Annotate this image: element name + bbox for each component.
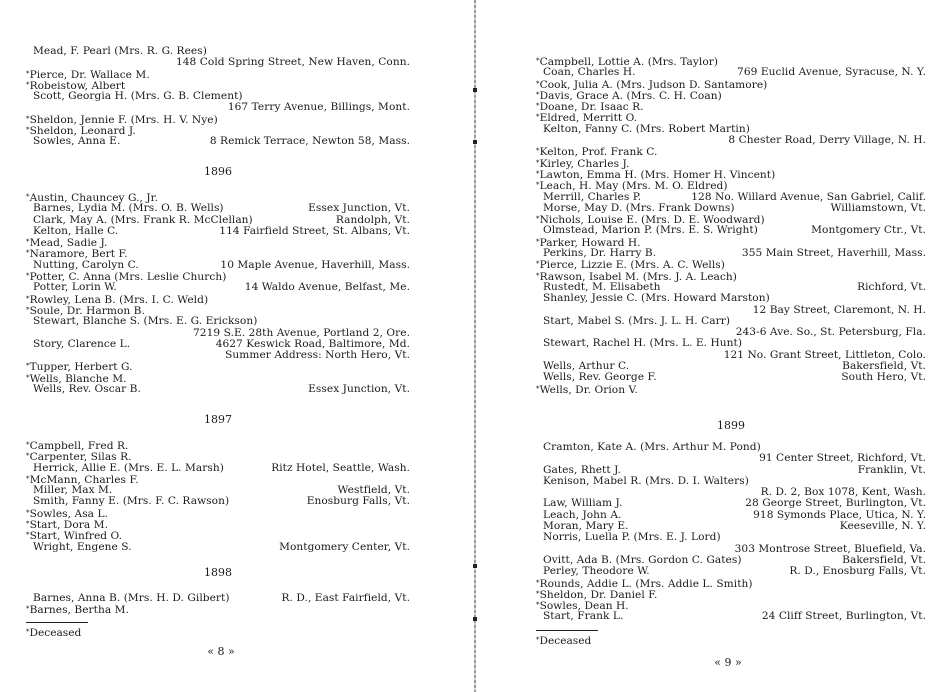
directory-entry: Potter, Lorin W.14 Waldo Avenue, Belfast…: [26, 282, 410, 293]
directory-entry: Morse, May D. (Mrs. Frank Downs)Williams…: [536, 203, 926, 214]
entries-continued: Mead, F. Pearl (Mrs. R. G. Rees)148 Cold…: [26, 46, 410, 148]
entry-address: 148 Cold Spring Street, New Haven, Conn.: [176, 57, 410, 68]
entry-name-text: Rowley, Lena B. (Mrs. I. C. Weld): [30, 294, 209, 306]
entry-name-text: Gates, Rhett J.: [543, 464, 621, 476]
entry-name: Kenison, Mabel R. (Mrs. D. I. Walters): [543, 476, 749, 487]
entry-address: Essex Junction, Vt.: [308, 384, 410, 395]
entry-address: Richford, Vt.: [857, 282, 926, 293]
entry-name: Start, Frank L.: [543, 611, 623, 622]
class-year-heading: 1898: [26, 567, 410, 579]
entry-name-text: Kenison, Mabel R. (Mrs. D. I. Walters): [543, 475, 749, 487]
entry-name: Sowles, Anna E.: [33, 136, 120, 147]
entry-name: Potter, Lorin W.: [33, 282, 117, 293]
entry-name: Coan, Charles H.: [543, 67, 636, 78]
entry-name-text: Pierce, Lizzie E. (Mrs. A. C. Wells): [540, 259, 725, 271]
entry-name: Smith, Fanny E. (Mrs. F. C. Rawson): [33, 496, 229, 507]
directory-entry: *Barnes, Bertha M.: [26, 604, 410, 615]
binding-mark: [473, 564, 477, 568]
entry-name: Perley, Theodore W.: [543, 566, 650, 577]
section-1896-entries: *Austin, Chauncey G., Jr.Barnes, Lydia M…: [26, 192, 410, 395]
directory-entry: Wells, Rev. George F.South Hero, Vt.: [536, 372, 926, 383]
entry-name: Kelton, Fanny C. (Mrs. Robert Martin): [543, 124, 750, 135]
binding-mark: [473, 140, 477, 144]
entry-address: Montgomery Center, Vt.: [279, 542, 410, 553]
directory-entry: Wells, Rev. Oscar B.Essex Junction, Vt.: [26, 384, 410, 395]
directory-entry: Summer Address: North Hero, Vt.: [26, 350, 410, 361]
class-year-heading: 1897: [26, 414, 410, 426]
section-1898: 1898 Barnes, Anna B. (Mrs. H. D. Gilbert…: [26, 567, 410, 640]
entry-name-text: Scott, Georgia H. (Mrs. G. B. Clement): [33, 90, 243, 102]
entry-name-text: Lawton, Emma H. (Mrs. Homer H. Vincent): [540, 169, 776, 181]
entry-name-text: Nutting, Carolyn C.: [33, 259, 139, 271]
entry-name-text: Barnes, Anna B. (Mrs. H. D. Gilbert): [33, 592, 230, 604]
entry-name: Scott, Georgia H. (Mrs. G. B. Clement): [33, 91, 243, 102]
entry-name-text: Story, Clarence L.: [33, 338, 130, 350]
directory-entry: *Start, Dora M.: [26, 519, 410, 530]
entry-name-text: Perkins, Dr. Harry B.: [543, 247, 656, 259]
entry-name-text: Law, William J.: [543, 497, 622, 509]
entry-name-text: Ovitt, Ada B. (Mrs. Gordon C. Gates): [543, 554, 742, 566]
entry-name: Wells, Rev. George F.: [543, 372, 657, 383]
entry-name-text: Coan, Charles H.: [543, 66, 636, 78]
directory-entry: *Tupper, Herbert G.: [26, 361, 410, 372]
directory-entry: Kelton, Halle C.114 Fairfield Street, St…: [26, 226, 410, 237]
entry-name-text: Potter, Lorin W.: [33, 281, 117, 293]
entry-name-text: Doane, Dr. Isaac R.: [540, 101, 644, 113]
directory-entry: Smith, Fanny E. (Mrs. F. C. Rawson)Enosb…: [26, 496, 410, 507]
entry-name-text: Kelton, Prof. Frank C.: [540, 146, 658, 158]
directory-entry: *Pierce, Dr. Wallace M.: [26, 69, 410, 80]
footnote: *Deceased: [536, 633, 926, 648]
directory-entry: Coan, Charles H.769 Euclid Avenue, Syrac…: [536, 67, 926, 78]
directory-entry: 167 Terry Avenue, Billings, Mont.: [26, 102, 410, 113]
footnote-rule: [536, 630, 598, 631]
entry-address: South Hero, Vt.: [841, 372, 926, 383]
entry-address: 24 Cliff Street, Burlington, Vt.: [762, 611, 926, 622]
entry-name-text: Sowles, Asa L.: [30, 508, 108, 520]
binding-mark: [473, 88, 477, 92]
entry-name-text: Rustedt, M. Elisabeth: [543, 281, 661, 293]
section-1898-entries: Barnes, Anna B. (Mrs. H. D. Gilbert)R. D…: [26, 593, 410, 616]
directory-entry: *Mead, Sadie J.: [26, 237, 410, 248]
directory-entry: 148 Cold Spring Street, New Haven, Conn.: [26, 57, 410, 68]
section-1899: 1899 Cramton, Kate A. (Mrs. Arthur M. Po…: [536, 420, 926, 648]
class-year-heading: 1896: [26, 166, 410, 178]
entry-name-text: Herrick, Allie E. (Mrs. E. L. Marsh): [33, 462, 224, 474]
section-1897: 1897 *Campbell, Fred R.*Carpenter, Silas…: [26, 414, 410, 553]
entry-name: Start, Mabel S. (Mrs. J. L. H. Carr): [543, 316, 730, 327]
directory-entry: *Wells, Dr. Orion V.: [536, 384, 926, 395]
section-1899-entries: Cramton, Kate A. (Mrs. Arthur M. Pond)91…: [536, 442, 926, 623]
directory-entry: Herrick, Allie E. (Mrs. E. L. Marsh)Ritz…: [26, 463, 410, 474]
entry-name-text: Stewart, Blanche S. (Mrs. E. G. Erickson…: [33, 315, 257, 327]
entry-address: Ritz Hotel, Seattle, Wash.: [271, 463, 410, 474]
entry-address: 769 Euclid Avenue, Syracuse, N. Y.: [737, 67, 926, 78]
page-9: *Campbell, Lottie A. (Mrs. Taylor)Coan, …: [536, 0, 926, 692]
entry-address: Williamstown, Vt.: [831, 203, 926, 214]
entry-address: 8 Remick Terrace, Newton 58, Mass.: [210, 136, 410, 147]
entry-address: Franklin, Vt.: [858, 465, 926, 476]
entry-name-text: Clark, May A. (Mrs. Frank R. McClellan): [33, 214, 253, 226]
page-8: Mead, F. Pearl (Mrs. R. G. Rees)148 Cold…: [26, 0, 410, 692]
entry-name: Story, Clarence L.: [33, 339, 130, 350]
directory-entry: *Rowley, Lena B. (Mrs. I. C. Weld): [26, 294, 410, 305]
footnote: *Deceased: [26, 625, 410, 640]
entry-name: Perkins, Dr. Harry B.: [543, 248, 656, 259]
entry-name-text: Miller, Max M.: [33, 484, 112, 496]
entry-name: *Barnes, Bertha M.: [26, 604, 129, 616]
entry-name-text: Wells, Arthur C.: [543, 360, 629, 372]
entry-name-text: Sheldon, Dr. Daniel F.: [540, 589, 658, 601]
directory-entry: Nutting, Carolyn C.10 Maple Avenue, Have…: [26, 260, 410, 271]
entry-address: 14 Waldo Avenue, Belfast, Me.: [245, 282, 410, 293]
footnote-rule: [26, 622, 88, 623]
class-year-heading: 1899: [536, 420, 926, 432]
directory-entry: *Lawton, Emma H. (Mrs. Homer H. Vincent): [536, 169, 926, 180]
entry-name-text: Wells, Rev. George F.: [543, 371, 657, 383]
entry-name-text: Start, Mabel S. (Mrs. J. L. H. Carr): [543, 315, 730, 327]
directory-entry: *Rounds, Addie L. (Mrs. Addie L. Smith): [536, 578, 926, 589]
directory-entry: Olmstead, Marion P. (Mrs. E. S. Wright)M…: [536, 225, 926, 236]
binding-mark: [473, 617, 477, 621]
entry-name-text: Kelton, Halle C.: [33, 225, 118, 237]
footnote-text: Deceased: [30, 627, 82, 639]
entry-address: 10 Maple Avenue, Haverhill, Mass.: [220, 260, 410, 271]
entry-name: Norris, Luella P. (Mrs. E. J. Lord): [543, 532, 721, 543]
entry-name: Stewart, Rachel H. (Mrs. L. E. Hunt): [543, 338, 742, 349]
entry-name: Olmstead, Marion P. (Mrs. E. S. Wright): [543, 225, 758, 236]
entry-name-text: Mead, Sadie J.: [30, 237, 108, 249]
entry-address: 91 Center Street, Richford, Vt.: [759, 453, 926, 464]
entry-address: Keeseville, N. Y.: [840, 521, 926, 532]
section-1896: 1896 *Austin, Chauncey G., Jr.Barnes, Ly…: [26, 166, 410, 395]
entry-name-text: Rounds, Addie L. (Mrs. Addie L. Smith): [540, 578, 753, 590]
entry-address: R. D., Enosburg Falls, Vt.: [789, 566, 926, 577]
entry-name-text: Wells, Rev. Oscar B.: [33, 383, 141, 395]
entry-name-text: Campbell, Fred R.: [30, 440, 129, 452]
entry-name: Barnes, Anna B. (Mrs. H. D. Gilbert): [33, 593, 230, 604]
book-spread: Mead, F. Pearl (Mrs. R. G. Rees)148 Cold…: [0, 0, 945, 692]
directory-entry: *Sheldon, Jennie F. (Mrs. H. V. Nye): [26, 114, 410, 125]
entry-address: 243-6 Ave. So., St. Petersburg, Fla.: [736, 327, 926, 338]
entry-name-text: Merrill, Charles P.: [543, 191, 641, 203]
entry-name-text: Start, Frank L.: [543, 610, 623, 622]
entry-name: Nutting, Carolyn C.: [33, 260, 139, 271]
entry-name-text: Wells, Dr. Orion V.: [540, 384, 638, 396]
entry-address: 8 Chester Road, Derry Village, N. H.: [728, 135, 926, 146]
directory-entry: Perley, Theodore W.R. D., Enosburg Falls…: [536, 566, 926, 577]
entry-name: *Wells, Dr. Orion V.: [536, 384, 638, 396]
entry-address: Enosburg Falls, Vt.: [307, 496, 410, 507]
entry-address: 355 Main Street, Haverhill, Mass.: [742, 248, 926, 259]
directory-entry: *Kelton, Prof. Frank C.: [536, 146, 926, 157]
entry-name-text: Moran, Mary E.: [543, 520, 629, 532]
entry-name-text: Shanley, Jessie C. (Mrs. Howard Marston): [543, 292, 770, 304]
entry-name-text: Kirley, Charles J.: [540, 158, 630, 170]
entry-name-text: Norris, Luella P. (Mrs. E. J. Lord): [543, 531, 721, 543]
entry-name-text: Mead, F. Pearl (Mrs. R. G. Rees): [33, 45, 207, 57]
entry-name: Wright, Engene S.: [33, 542, 132, 553]
entry-name-text: Wright, Engene S.: [33, 541, 132, 553]
entry-name-text: Barnes, Bertha M.: [30, 604, 129, 616]
directory-entry: *Sheldon, Dr. Daniel F.: [536, 589, 926, 600]
entry-name-text: Olmstead, Marion P. (Mrs. E. S. Wright): [543, 224, 758, 236]
entry-address: 167 Terry Avenue, Billings, Mont.: [228, 102, 410, 113]
directory-entry: *Cook, Julia A. (Mrs. Judson D. Santamor…: [536, 79, 926, 90]
directory-entry: Norris, Luella P. (Mrs. E. J. Lord): [536, 532, 926, 543]
entry-name: Stewart, Blanche S. (Mrs. E. G. Erickson…: [33, 316, 257, 327]
directory-entry: *Pierce, Lizzie E. (Mrs. A. C. Wells): [536, 259, 926, 270]
entry-name-text: Kelton, Fanny C. (Mrs. Robert Martin): [543, 123, 750, 135]
directory-entry: *Kirley, Charles J.: [536, 158, 926, 169]
footnote-text: Deceased: [540, 635, 592, 647]
directory-entry: Sowles, Anna E.8 Remick Terrace, Newton …: [26, 136, 410, 147]
entry-address: Summer Address: North Hero, Vt.: [225, 350, 410, 361]
entry-name-text: Davis, Grace A. (Mrs. C. H. Coan): [540, 90, 722, 102]
directory-entry: Wright, Engene S.Montgomery Center, Vt.: [26, 542, 410, 553]
entry-name-text: Sheldon, Jennie F. (Mrs. H. V. Nye): [30, 114, 218, 126]
directory-entry: Stewart, Blanche S. (Mrs. E. G. Erickson…: [26, 316, 410, 327]
directory-entry: *Doane, Dr. Isaac R.: [536, 101, 926, 112]
directory-entry: *Campbell, Fred R.: [26, 440, 410, 451]
center-fold-divider: [474, 0, 476, 692]
page-number: « 8 »: [191, 645, 251, 658]
entry-address: 114 Fairfield Street, St. Albans, Vt.: [219, 226, 410, 237]
directory-entry: Start, Frank L.24 Cliff Street, Burlingt…: [536, 611, 926, 622]
entry-address: Essex Junction, Vt.: [308, 203, 410, 214]
directory-entry: *Davis, Grace A. (Mrs. C. H. Coan): [536, 90, 926, 101]
entry-name: Morse, May D. (Mrs. Frank Downs): [543, 203, 735, 214]
entry-name-text: Perley, Theodore W.: [543, 565, 650, 577]
directory-entry: 8 Chester Road, Derry Village, N. H.: [536, 135, 926, 146]
entry-name-text: Cook, Julia A. (Mrs. Judson D. Santamore…: [540, 79, 768, 91]
entry-name-text: Morse, May D. (Mrs. Frank Downs): [543, 202, 735, 214]
entry-address: R. D., East Fairfield, Vt.: [282, 593, 411, 604]
directory-entry: Barnes, Anna B. (Mrs. H. D. Gilbert)R. D…: [26, 593, 410, 604]
entry-name: Shanley, Jessie C. (Mrs. Howard Marston): [543, 293, 770, 304]
directory-entry: Perkins, Dr. Harry B.355 Main Street, Ha…: [536, 248, 926, 259]
entry-name-text: Leach, John A.: [543, 509, 621, 521]
entry-name-text: Tupper, Herbert G.: [30, 361, 133, 373]
entry-name-text: Stewart, Rachel H. (Mrs. L. E. Hunt): [543, 337, 742, 349]
entry-name: Wells, Rev. Oscar B.: [33, 384, 141, 395]
entry-name-text: Barnes, Lydia M. (Mrs. O. B. Wells): [33, 202, 224, 214]
section-1897-entries: *Campbell, Fred R.*Carpenter, Silas R.He…: [26, 440, 410, 553]
entry-address: 12 Bay Street, Claremont, N. H.: [753, 305, 926, 316]
page-number: « 9 »: [698, 656, 758, 669]
entry-name-text: Start, Dora M.: [30, 519, 108, 531]
entry-name-text: Smith, Fanny E. (Mrs. F. C. Rawson): [33, 495, 229, 507]
entry-name: Kelton, Halle C.: [33, 226, 118, 237]
entry-address: Montgomery Ctr., Vt.: [811, 225, 926, 236]
entry-name: Cramton, Kate A. (Mrs. Arthur M. Pond): [543, 442, 761, 453]
directory-entry: *Sowles, Asa L.: [26, 508, 410, 519]
entries-continued: *Campbell, Lottie A. (Mrs. Taylor)Coan, …: [536, 56, 926, 395]
entry-name-text: Sowles, Anna E.: [33, 135, 120, 147]
entry-name: Herrick, Allie E. (Mrs. E. L. Marsh): [33, 463, 224, 474]
entry-name-text: Pierce, Dr. Wallace M.: [30, 69, 150, 81]
entry-name-text: Cramton, Kate A. (Mrs. Arthur M. Pond): [543, 441, 761, 453]
directory-entry: Shanley, Jessie C. (Mrs. Howard Marston): [536, 293, 926, 304]
